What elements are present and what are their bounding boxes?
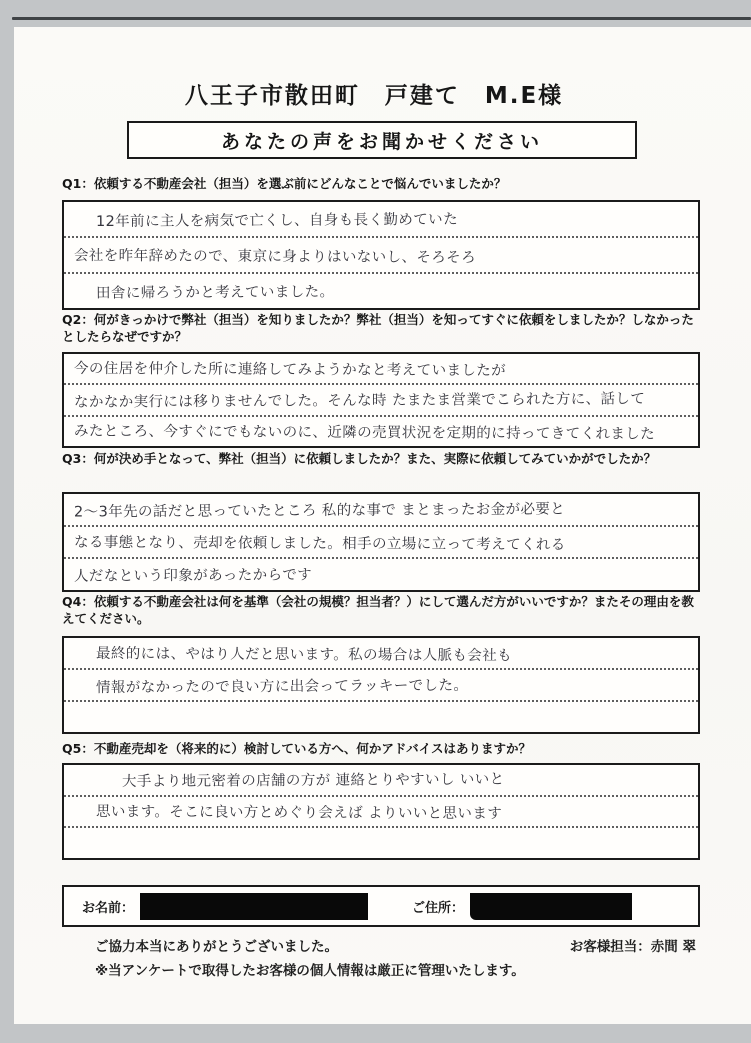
handwritten-text: 今の住居を仲介した所に連絡してみようかなと考えていましたが (74, 357, 506, 380)
question-4-label: Q4：依頼する不動産会社は何を基準（会社の規模？担当者？）にして選んだ方がいいで… (62, 594, 706, 628)
staff-name: お客様担当：赤間 翠 (570, 935, 700, 955)
name-redaction (140, 893, 368, 920)
answer-line: なる事態となり、売却を依頼しました。相手の立場に立って考えてくれる (64, 527, 698, 560)
handwritten-text: 人だなという印象があったからです (74, 563, 312, 585)
answer-line-empty (64, 828, 698, 858)
answer-line: 思います。そこに良い方とめぐり会えば よりいいと思います (64, 797, 698, 829)
handwritten-text: 大手より地元密着の店舗の方が 連絡とりやすいし いいと (74, 768, 505, 792)
question-1-answer-box: 12年前に主人を病気で亡くし、自身も長く勤めていた 会社を昨年辞めたので、東京に… (62, 200, 700, 310)
name-label: お名前： (82, 897, 134, 916)
handwritten-text: 田舎に帰ろうかと考えていました。 (74, 280, 335, 303)
footer-row: ご協力本当にありがとうございました。 お客様担当：赤間 翠 (62, 935, 700, 955)
question-2-answer-box: 今の住居を仲介した所に連絡してみようかなと考えていましたが なかなか実行には移り… (62, 352, 700, 448)
question-3-label: Q3：何が決め手となって、弊社（担当）に依頼しましたか？また、実際に依頼してみて… (62, 451, 706, 468)
survey-subtitle: あなたの声をお聞かせください (221, 127, 543, 154)
question-5-label: Q5：不動産売却を（将来的に）検討している方へ、何かアドバイスはありますか？ (62, 741, 706, 758)
answer-line-empty (64, 702, 698, 732)
answer-line: 2〜3年先の話だと思っていたところ 私的な事で まとまったお金が必要と (64, 494, 698, 527)
handwritten-text: 最終的には、やはり人だと思います。私の場合は人脈も会社も (74, 641, 512, 664)
answer-line: 最終的には、やはり人だと思います。私の場合は人脈も会社も (64, 638, 698, 670)
address-redaction (470, 893, 632, 920)
survey-subtitle-box: あなたの声をお聞かせください (127, 121, 637, 159)
address-label: ご住所： (412, 897, 464, 916)
handwritten-text: 会社を昨年辞めたので、東京に身よりはいないし、そろそろ (74, 243, 476, 266)
answer-line: 会社を昨年辞めたので、東京に身よりはいないし、そろそろ (64, 238, 698, 274)
answer-line: 大手より地元密着の店舗の方が 連絡とりやすいし いいと (64, 765, 698, 797)
question-5-answer-box: 大手より地元密着の店舗の方が 連絡とりやすいし いいと 思います。そこに良い方と… (62, 763, 700, 860)
answer-line: 12年前に主人を病気で亡くし、自身も長く勤めていた (64, 202, 698, 238)
answer-line: 人だなという印象があったからです (64, 559, 698, 590)
question-4-answer-box: 最終的には、やはり人だと思います。私の場合は人脈も会社も 情報がなかったので良い… (62, 636, 700, 734)
privacy-note: ※当アンケートで取得したお客様の個人情報は厳正に管理いたします。 (95, 959, 715, 979)
handwritten-text: なる事態となり、売却を依頼しました。相手の立場に立って考えてくれる (74, 530, 566, 554)
handwritten-text: 情報がなかったので良い方に出会ってラッキーでした。 (74, 673, 468, 696)
respondent-info-box: お名前： ご住所： (62, 885, 700, 927)
scan-edge-line (12, 17, 751, 20)
question-1-label: Q1：依頼する不動産会社（担当）を選ぶ前にどんなことで悩んでいましたか？ (62, 176, 706, 193)
thanks-text: ご協力本当にありがとうございました。 (62, 935, 338, 955)
question-3-answer-box: 2〜3年先の話だと思っていたところ 私的な事で まとまったお金が必要と なる事態… (62, 492, 700, 592)
handwritten-text: なかなか実行には移りませんでした。そんな時 たまたま営業でこられた方に、話して (74, 388, 645, 412)
survey-sheet: 八王子市散田町 戸建て M.E様 あなたの声をお聞かせください Q1：依頼する不… (14, 27, 751, 1024)
question-2-label: Q2：何がきっかけで弊社（担当）を知りましたか？弊社（担当）を知ってすぐに依頼を… (62, 312, 706, 346)
answer-line: なかなか実行には移りませんでした。そんな時 たまたま営業でこられた方に、話して (64, 385, 698, 416)
page-title: 八王子市散田町 戸建て M.E様 (14, 77, 734, 110)
handwritten-text: みたところ、今すぐにでもないのに、近隣の売買状況を定期的に持ってきてくれました (74, 419, 655, 443)
handwritten-text: 2〜3年先の話だと思っていたところ 私的な事で まとまったお金が必要と (74, 497, 565, 521)
answer-line: 情報がなかったので良い方に出会ってラッキーでした。 (64, 670, 698, 702)
handwritten-text: 思います。そこに良い方とめぐり会えば よりいいと思います (74, 800, 502, 823)
answer-line: 今の住居を仲介した所に連絡してみようかなと考えていましたが (64, 354, 698, 385)
handwritten-text: 12年前に主人を病気で亡くし、自身も長く勤めていた (74, 207, 458, 230)
answer-line: みたところ、今すぐにでもないのに、近隣の売買状況を定期的に持ってきてくれました (64, 417, 698, 446)
answer-line: 田舎に帰ろうかと考えていました。 (64, 274, 698, 308)
